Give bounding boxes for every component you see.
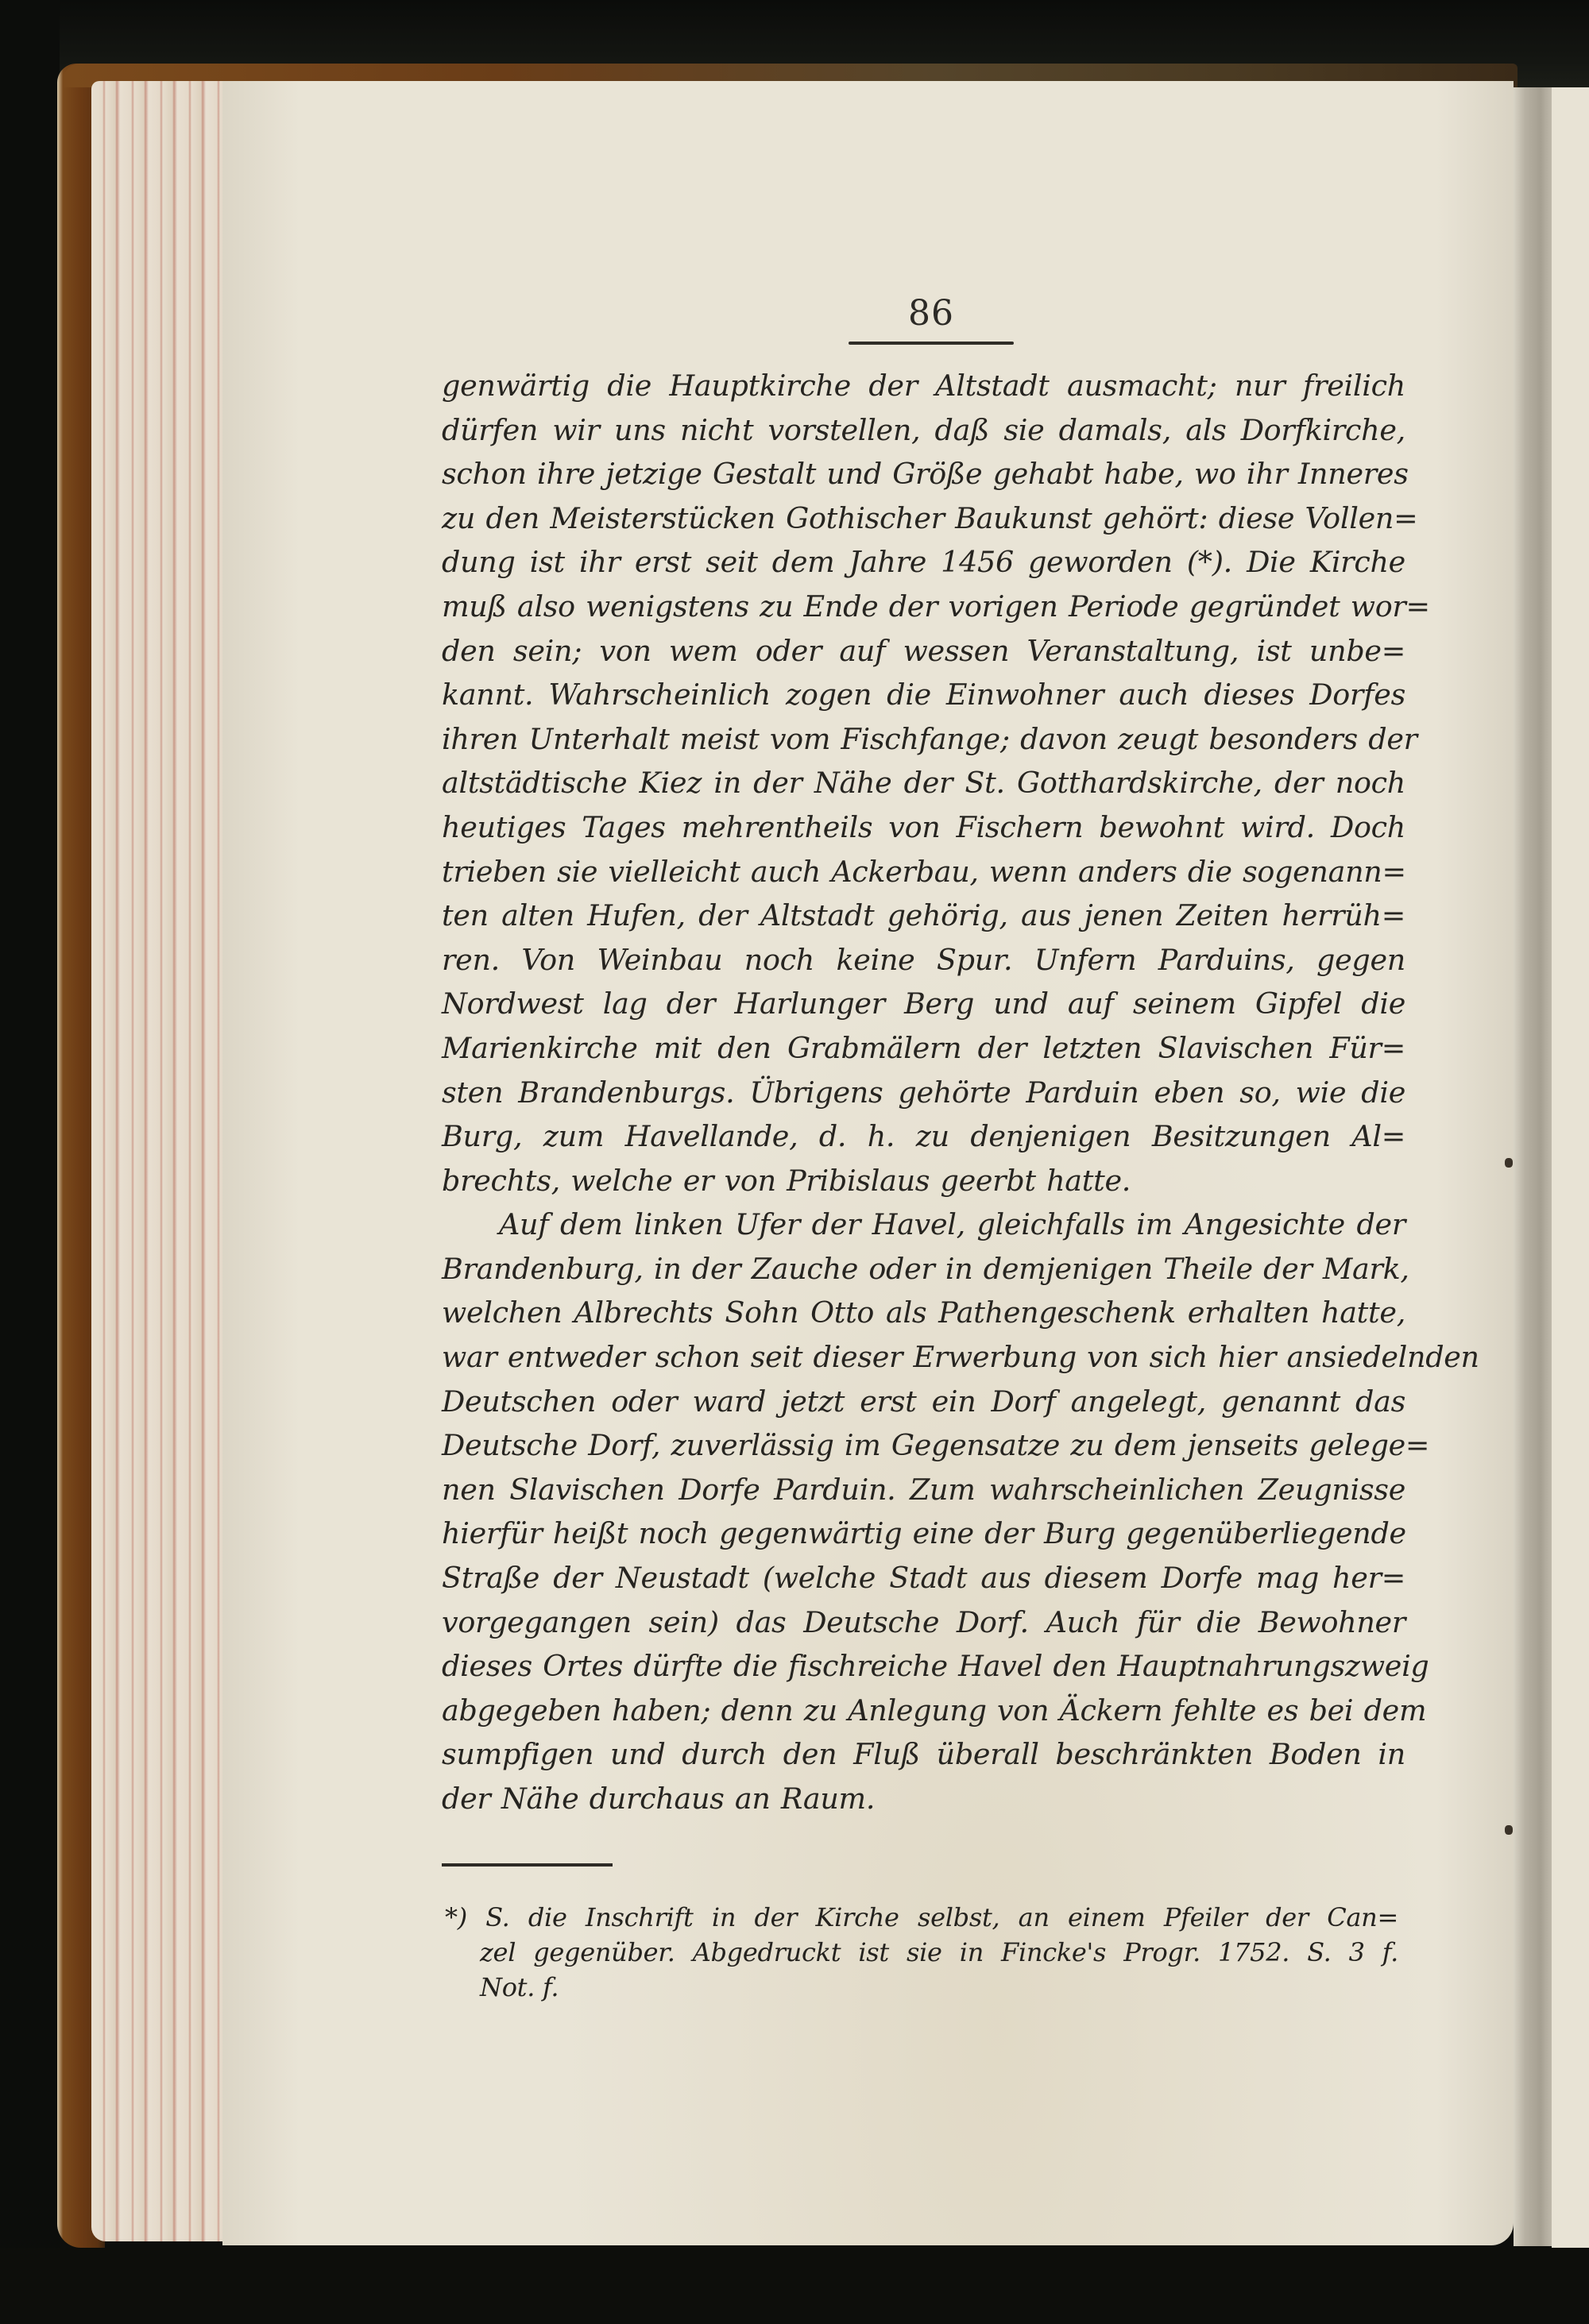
body-text: genwärtig die Hauptkirche der Altstadt a… bbox=[442, 364, 1405, 1821]
text-line: zu den Meisterstücken Gothischer Baukuns… bbox=[442, 496, 1405, 541]
text-line: Burg, zum Havellande, d. h. zu denjenige… bbox=[442, 1114, 1405, 1159]
facing-page-edge bbox=[1552, 87, 1589, 2248]
text-line: dung ist ihr erst seit dem Jahre 1456 ge… bbox=[442, 540, 1405, 585]
text-line: muß also wenigstens zu Ende der vorigen … bbox=[442, 585, 1405, 629]
text-line: sten Brandenburgs. Übrigens gehörte Pard… bbox=[442, 1071, 1405, 1115]
text-line: genwärtig die Hauptkirche der Altstadt a… bbox=[442, 364, 1405, 408]
text-line: war entweder schon seit dieser Erwerbung… bbox=[442, 1335, 1405, 1380]
footnote-separator bbox=[442, 1863, 613, 1867]
text-line: Deutschen oder ward jetzt erst ein Dorf … bbox=[442, 1380, 1405, 1424]
book-cover-left bbox=[0, 0, 60, 2324]
text-line: altstädtische Kiez in der Nähe der St. G… bbox=[442, 761, 1405, 805]
text-line: ihren Unterhalt meist vom Fischfange; da… bbox=[442, 717, 1405, 762]
footnote-line: *) S. die Inschrift in der Kirche selbst… bbox=[445, 1900, 1398, 1935]
text-line: kannt. Wahrscheinlich zogen die Einwohne… bbox=[442, 673, 1405, 717]
text-line: dürfen wir uns nicht vorstellen, daß sie… bbox=[442, 408, 1405, 453]
margin-speck bbox=[1505, 1158, 1513, 1168]
paragraph-start-line: Auf dem linken Ufer der Havel, gleichfal… bbox=[442, 1203, 1405, 1247]
footnote-line: Not. f. bbox=[445, 1970, 1398, 2005]
book-cover-bottom bbox=[0, 2248, 1589, 2324]
text-line: Brandenburg, in der Zauche oder in demje… bbox=[442, 1247, 1405, 1291]
text-line: Nordwest lag der Harlunger Berg und auf … bbox=[442, 982, 1405, 1026]
text-line: hierfür heißt noch gegenwärtig eine der … bbox=[442, 1511, 1405, 1556]
text-line: ten alten Hufen, der Altstadt gehörig, a… bbox=[442, 894, 1405, 938]
text-line: trieben sie vielleicht auch Ackerbau, we… bbox=[442, 850, 1405, 894]
text-line: welchen Albrechts Sohn Otto als Pathenge… bbox=[442, 1291, 1405, 1335]
text-line: dieses Ortes dürfte die fischreiche Have… bbox=[442, 1644, 1405, 1689]
page-number: 86 bbox=[849, 294, 1014, 334]
footnote: *) S. die Inschrift in der Kirche selbst… bbox=[445, 1900, 1398, 2005]
text-line: nen Slavischen Dorfe Parduin. Zum wahrsc… bbox=[442, 1468, 1405, 1512]
text-line: ren. Von Weinbau noch keine Spur. Unfern… bbox=[442, 938, 1405, 982]
gutter-shadow bbox=[1514, 87, 1552, 2246]
paragraph-end-line: der Nähe durchaus an Raum. bbox=[442, 1777, 1405, 1821]
text-line: vorgegangen sein) das Deutsche Dorf. Auc… bbox=[442, 1600, 1405, 1645]
header-rule bbox=[849, 342, 1014, 345]
footnote-line: zel gegenüber. Abgedruckt ist sie in Fin… bbox=[445, 1935, 1398, 1970]
text-line: Marienkirche mit den Grabmälern der letz… bbox=[442, 1026, 1405, 1071]
text-line: Deutsche Dorf, zuverlässig im Gegensatze… bbox=[442, 1423, 1405, 1468]
footnote-marker: *) bbox=[445, 1902, 467, 1932]
paragraph-end-line: brechts, welche er von Pribislaus geerbt… bbox=[442, 1159, 1405, 1203]
text-line: Straße der Neustadt (welche Stadt aus di… bbox=[442, 1556, 1405, 1600]
page-stack-edges bbox=[91, 81, 226, 2241]
margin-speck bbox=[1505, 1825, 1513, 1835]
text-line: den sein; von wem oder auf wessen Verans… bbox=[442, 629, 1405, 674]
text-line: sumpfigen und durch den Fluß überall bes… bbox=[442, 1732, 1405, 1777]
text-line: schon ihre jetzige Gestalt und Größe geh… bbox=[442, 452, 1405, 496]
text-line: abgegeben haben; denn zu Anlegung von Äc… bbox=[442, 1689, 1405, 1733]
text-line: heutiges Tages mehrentheils von Fischern… bbox=[442, 805, 1405, 850]
footnote-text: S. die Inschrift in der Kirche selbst, a… bbox=[485, 1902, 1398, 1932]
running-head: 86 bbox=[849, 294, 1014, 345]
